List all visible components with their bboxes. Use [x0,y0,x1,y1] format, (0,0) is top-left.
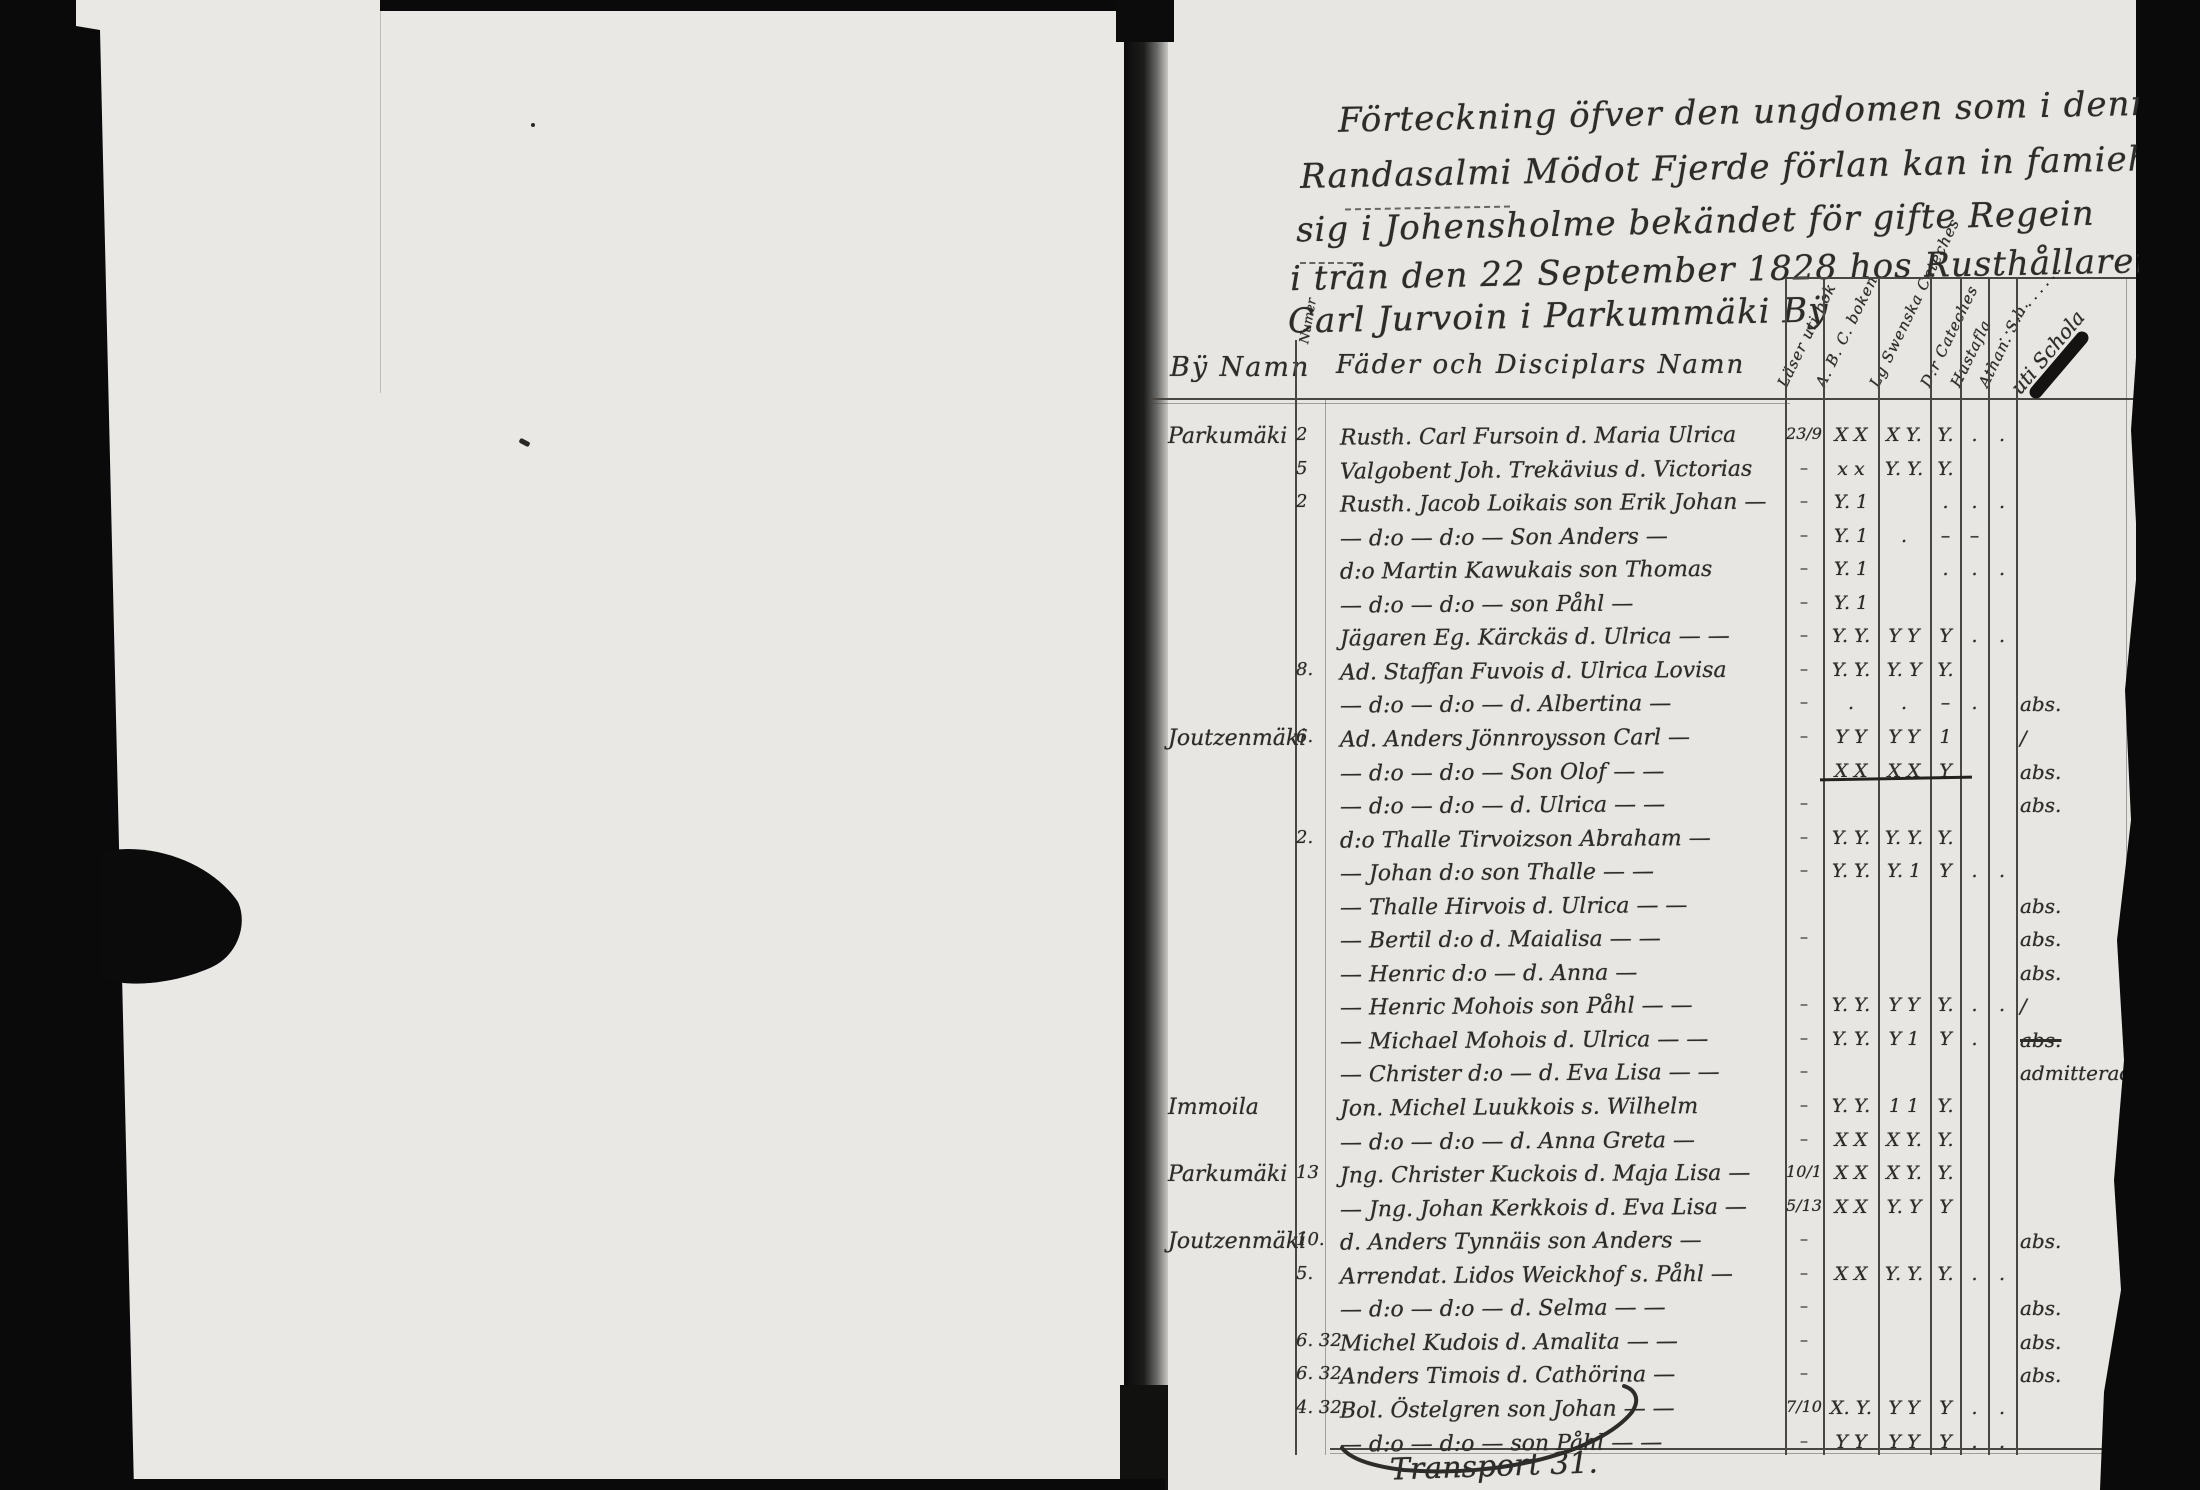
mark-cell: – [1786,726,1822,745]
table-row: Parkumäki 13 Jng. Christer Kuckois d. Ma… [0,1162,2200,1196]
mark-cell: . [1989,1397,2015,1419]
name-cell: Ad. Staffan Fuvois d. Ulrica Lovisa [1340,657,1790,685]
mark-cell: – [1931,692,1960,714]
table-row: — Jng. Johan Kerkkois d. Eva Lisa — 5/13… [0,1196,2200,1230]
name-cell: — d:o — d:o — d. Albertina — [1340,691,1790,719]
mark-cell: X. Y. [1824,1397,1878,1419]
mark-cell: Y [1931,860,1960,882]
table-row: Joutzenmäki 10. d. Anders Tynnäis son An… [0,1229,2200,1263]
mark-cell: Y. Y [1879,1196,1929,1218]
mark-cell: Y [1931,1397,1960,1419]
mark-cell: Y. [1931,1129,1960,1151]
mark-cell: – [1786,1028,1822,1047]
name-cell: — d:o — d:o — d. Selma — — [1340,1295,1790,1323]
mark-cell: Y. [1931,994,1960,1016]
number-cell: 6. 32 [1296,1330,1338,1351]
name-cell: Ad. Anders Jönnroysson Carl — [1340,724,1790,752]
mark-cell: – [1786,793,1822,812]
mark-cell: Y. 1 [1879,860,1929,882]
mark-cell: Y [1931,1028,1960,1050]
table-row: — Christer d:o — d. Eva Lisa — — admitte… [0,1061,2200,1095]
mark-cell: Y. 1 [1824,525,1878,547]
number-cell: 2 [1296,491,1338,512]
table-row: — d:o — d:o — d. Albertina — abs. –..–. [0,692,2200,726]
mark-cell: – [1786,659,1822,678]
table-row: d:o Martin Kawukais son Thomas –Y. 1... [0,558,2200,592]
mark-cell: Y. Y. [1879,827,1929,849]
mark-cell: Y. [1931,424,1960,446]
mark-cell: . [1961,424,1988,446]
mark-cell: . [1961,1397,1988,1419]
name-cell: — d:o — d:o — son Påhl — [1340,590,1790,618]
table-row: — Johan d:o son Thalle — — –Y. Y.Y. 1Y.. [0,860,2200,894]
mark-cell: – [1786,491,1822,510]
table-row: 8. Ad. Staffan Fuvois d. Ulrica Lovisa –… [0,659,2200,693]
mark-cell: X X [1824,1263,1878,1285]
table-row: — d:o — d:o — son Påhl — — –Y YY YY.. [0,1431,2200,1465]
mark-cell: 23/9 [1786,424,1822,443]
mark-cell: X X [1824,424,1878,446]
mark-cell: – [1786,525,1822,544]
mark-cell: Y [1931,1431,1960,1453]
name-cell: — d:o — d:o — d. Ulrica — — [1340,791,1790,819]
margin-note: abs. [2020,760,2132,784]
mark-cell: – [1786,827,1822,846]
mark-cell: x x [1824,458,1878,480]
number-cell: 6. 32 [1296,1363,1338,1384]
mark-cell: Y. Y. [1879,1263,1929,1285]
mark-cell: Y. Y [1879,659,1929,681]
mark-cell: Y. [1931,458,1960,480]
mark-cell: – [1786,558,1822,577]
mark-cell: Y Y [1879,994,1929,1016]
margin-note: abs. [2020,793,2132,817]
margin-note: abs. [2020,1229,2132,1253]
village-cell: Immoila [1168,1095,1298,1120]
mark-cell: . [1989,860,2015,882]
mark-cell: . [1879,525,1929,547]
mark-cell: . [1879,692,1929,714]
name-cell: d. Anders Tynnäis son Anders — [1340,1228,1790,1256]
name-cell: Bol. Östelgren son Johan — — [1340,1395,1790,1423]
mark-cell: . [1961,1028,1988,1050]
mark-cell: . [1989,625,2015,647]
mark-cell: – [1786,994,1822,1013]
mark-cell: Y. 1 [1824,491,1878,513]
table-row: 2. d:o Thalle Tirvoizson Abraham — –Y. Y… [0,827,2200,861]
mark-cell: – [1786,860,1822,879]
table-row: 6. 32 Michel Kudois d. Amalita — — abs. … [0,1330,2200,1364]
table-row: 2 Rusth. Jacob Loikais son Erik Johan — … [0,491,2200,525]
table-row: Parkumäki 2 Rusth. Carl Fursoin d. Maria… [0,424,2200,458]
name-cell: — Thalle Hirvois d. Ulrica — — [1340,892,1790,920]
name-cell: — Jng. Johan Kerkkois d. Eva Lisa — [1340,1194,1790,1222]
village-cell: Joutzenmäki [1168,726,1298,751]
name-cell: — d:o — d:o — Son Olof — — [1340,758,1790,786]
mark-cell: – [1786,1363,1822,1382]
mark-cell: . [1961,1431,1988,1453]
mark-cell: 1 [1931,726,1960,748]
page-crease [380,0,381,393]
name-cell: d:o Thalle Tirvoizson Abraham — [1340,825,1790,853]
table-row: Joutzenmäki 6. Ad. Anders Jönnroysson Ca… [0,726,2200,760]
mark-cell: . [1989,491,2015,513]
name-cell: Jon. Michel Luukkois s. Wilhelm [1340,1093,1790,1121]
name-cell: d:o Martin Kawukais son Thomas [1340,557,1790,585]
number-cell: 2 [1296,424,1338,445]
mark-cell: 5/13 [1786,1196,1822,1215]
mark-cell: – [1786,1263,1822,1282]
mark-cell: Y. Y. [1824,1095,1878,1117]
mark-cell: – [1786,1095,1822,1114]
name-cell: Jng. Christer Kuckois d. Maja Lisa — [1340,1161,1790,1189]
mark-cell: . [1931,491,1960,513]
table-row: — d:o — d:o — son Påhl — –Y. 1 [0,592,2200,626]
table-row: — Michael Mohois d. Ulrica — — abs. –Y. … [0,1028,2200,1062]
mark-cell: . [1989,558,2015,580]
table-row: Jägaren Eg. Kärckäs d. Ulrica — — –Y. Y.… [0,625,2200,659]
village-cell: Joutzenmäki [1168,1229,1298,1254]
margin-note: / [2020,726,2132,750]
number-cell: 5 [1296,458,1338,479]
mark-cell: . [1961,860,1988,882]
name-cell: — Michael Mohois d. Ulrica — — [1340,1026,1790,1054]
mark-cell: . [1961,692,1988,714]
mark-cell: – [1786,625,1822,644]
mark-cell: Y. Y. [1824,994,1878,1016]
name-cell: — Bertil d:o d. Maialisa — — [1340,926,1790,954]
mark-cell: Y [1931,625,1960,647]
table-row: — Thalle Hirvois d. Ulrica — — abs. [0,894,2200,928]
name-cell: Rusth. Carl Fursoin d. Maria Ulrica [1340,422,1790,450]
ink-dash [1300,262,1362,264]
village-cell: Parkumäki [1168,1162,1298,1187]
mark-cell: – [1786,458,1822,477]
table-row: — d:o — d:o — d. Anna Greta — –X XX Y.Y. [0,1129,2200,1163]
mark-cell: Y. [1931,1263,1960,1285]
mark-cell: X X [1824,1162,1878,1184]
mark-cell: Y Y [1879,1397,1929,1419]
mark-cell: Y 1 [1879,1028,1929,1050]
mark-cell: X Y. [1879,1162,1929,1184]
mark-cell: Y. Y. [1824,827,1878,849]
margin-note: abs. [2020,1330,2132,1354]
mark-cell: Y [1931,1196,1960,1218]
mark-cell: Y. 1 [1824,558,1878,580]
number-cell: 5. [1296,1263,1338,1284]
margin-note: abs. [2020,927,2132,951]
margin-note: abs. [2020,894,2132,918]
mark-cell: – [1786,1296,1822,1315]
table-row: 6. 32 Anders Timois d. Cathörina — abs. … [0,1363,2200,1397]
mark-cell: Y. Y. [1824,1028,1878,1050]
mark-cell: Y Y [1879,1431,1929,1453]
mark-cell: . [1961,491,1988,513]
margin-note: abs. [2020,961,2132,985]
table-row: 5 Valgobent Joh. Trekävius d. Victorias … [0,458,2200,492]
table-row: 5. Arrendat. Lidos Weickhof s. Påhl — –X… [0,1263,2200,1297]
number-cell: 8. [1296,659,1338,680]
mark-cell: Y. [1931,1162,1960,1184]
mark-cell: Y. Y. [1824,625,1878,647]
name-cell: — Johan d:o son Thalle — — [1340,859,1790,887]
mark-cell: Y Y [1879,625,1929,647]
mark-cell: Y. 1 [1824,592,1878,614]
mark-cell: X Y. [1879,424,1929,446]
mark-cell: 10/1 [1786,1162,1822,1181]
mark-cell: . [1824,692,1878,714]
village-column-header: Bÿ Namn [1170,352,1310,383]
name-cell: — Christer d:o — d. Eva Lisa — — [1340,1060,1790,1088]
mark-cell: Y. Y. [1879,458,1929,480]
mark-cell: X X [1824,1129,1878,1151]
number-cell: 2. [1296,827,1338,848]
ink-speck [531,123,535,127]
mark-cell: Y. Y. [1824,659,1878,681]
table-row: — Bertil d:o d. Maialisa — — abs. – [0,927,2200,961]
mark-cell: X X [1824,1196,1878,1218]
mark-cell: . [1961,1263,1988,1285]
mark-cell: – [1786,927,1822,946]
mark-cell: Y Y [1824,1431,1878,1453]
rule-line [1150,403,1790,404]
number-cell: 6. [1296,726,1338,747]
margin-note: abs. [2020,692,2132,716]
mark-cell: Y. [1931,827,1960,849]
mark-cell: Y Y [1879,726,1929,748]
table-row: — Henric Mohois son Påhl — — / –Y. Y.Y Y… [0,994,2200,1028]
mark-cell: – [1786,1229,1822,1248]
margin-note: admitterad [2020,1061,2132,1085]
margin-note: / [2020,994,2132,1018]
name-cell: — d:o — d:o — Son Anders — [1340,523,1790,551]
mark-cell: – [1786,592,1822,611]
margin-note: abs. [2020,1296,2132,1320]
name-cell: — Henric d:o — d. Anna — [1340,959,1790,987]
margin-note: abs. [2020,1363,2132,1387]
mark-cell: Y. Y. [1824,860,1878,882]
mark-cell: – [1786,1431,1822,1450]
mark-cell: Y Y [1824,726,1878,748]
name-cell: Anders Timois d. Cathörina — [1340,1362,1790,1390]
mark-cell: – [1786,1061,1822,1080]
mark-cell: 7/10 [1786,1397,1822,1416]
mark-cell: 1 1 [1879,1095,1929,1117]
margin-note: abs. [2020,1028,2132,1052]
mark-cell: . [1961,625,1988,647]
mark-cell: – [1961,525,1988,547]
transport-total: Transport 31. [1389,1445,1598,1487]
mark-cell: – [1786,1129,1822,1148]
table-row: — d:o — d:o — Son Olof — — abs. X XX XY [0,760,2200,794]
number-cell: 4. 32. [1296,1397,1338,1418]
mark-cell: . [1989,1263,2015,1285]
mark-cell: Y. [1931,1095,1960,1117]
table-row: — Henric d:o — d. Anna — abs. [0,961,2200,995]
name-cell: Rusth. Jacob Loikais son Erik Johan — [1340,490,1790,518]
number-cell: 13 [1296,1162,1338,1183]
number-cell: 10. [1296,1229,1338,1250]
mark-cell: . [1961,994,1988,1016]
book-scan: Förteckning öfver den ungdomen som i den… [0,0,2200,1490]
mark-cell: Y. [1931,659,1960,681]
table-row: — d:o — d:o — d. Selma — — abs. – [0,1296,2200,1330]
mark-cell: . [1931,558,1960,580]
mark-cell: – [1931,525,1960,547]
mark-cell: X Y. [1879,1129,1929,1151]
name-cell: Valgobent Joh. Trekävius d. Victorias [1340,456,1790,484]
name-cell: Jägaren Eg. Kärckäs d. Ulrica — — [1340,624,1790,652]
name-cell: Michel Kudois d. Amalita — — [1340,1328,1790,1356]
mark-cell: – [1786,1330,1822,1349]
mark-cell: . [1989,1431,2015,1453]
name-cell: — d:o — d:o — d. Anna Greta — [1340,1127,1790,1155]
village-cell: Parkumäki [1168,424,1298,449]
name-cell: Arrendat. Lidos Weickhof s. Påhl — [1340,1261,1790,1289]
name-cell: — Henric Mohois son Påhl — — [1340,993,1790,1021]
table-row: — d:o — d:o — Son Anders — –Y. 1.–– [0,525,2200,559]
mark-cell: . [1961,558,1988,580]
mark-cell: – [1786,692,1822,711]
table-row: 4. 32. Bol. Östelgren son Johan — — 7/10… [0,1397,2200,1431]
names-column-header: Fäder och Disciplars Namn [1336,350,1745,380]
mark-cell: . [1989,994,2015,1016]
table-row: — d:o — d:o — d. Ulrica — — abs. – [0,793,2200,827]
table-row: Immoila Jon. Michel Luukkois s. Wilhelm … [0,1095,2200,1129]
mark-cell: . [1989,424,2015,446]
